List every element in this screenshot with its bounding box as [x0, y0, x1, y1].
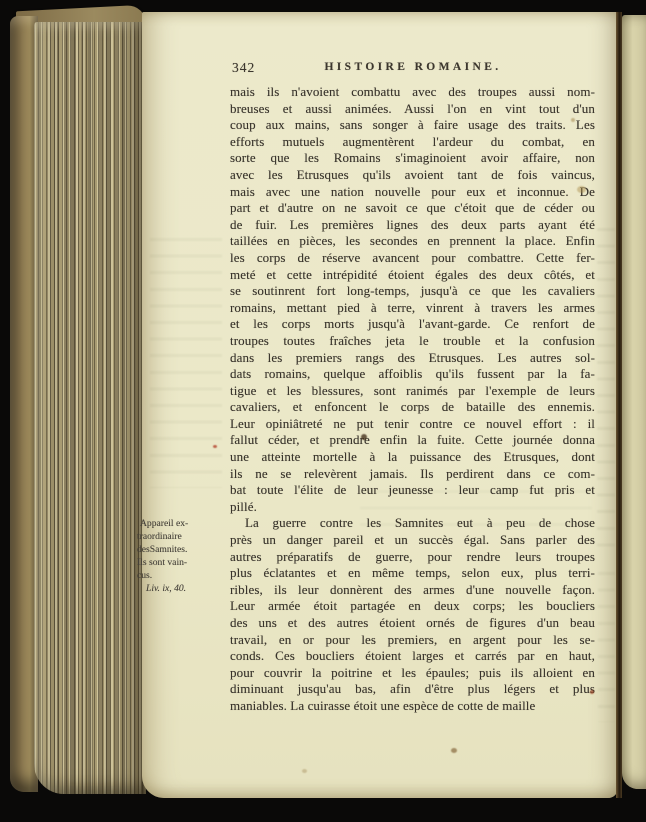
text-line: romains, mettant pied à terre, vinrent à…	[230, 300, 595, 317]
text-line: plus éclatantes et en même temps, selon …	[230, 565, 595, 582]
paragraph: La guerre contre les Samnites eut à peu …	[230, 515, 595, 714]
text-line: sorte que les Romains s'imaginoient avoi…	[230, 150, 595, 167]
text-line: près un danger pareil et un succès égal.…	[230, 532, 595, 549]
margin-note-line: traordinaire	[137, 531, 231, 544]
text-line: taillées en pièces, les secondes en pren…	[230, 233, 595, 250]
text-line: mais ils n'avoient combattu avec des tro…	[230, 84, 595, 101]
text-line: de fuir. Les premières lignes des deux p…	[230, 217, 595, 234]
page-stack-fore-edge	[34, 22, 146, 794]
margin-reference: Liv. ix, 40.	[137, 583, 231, 596]
text-line: se soutinrent fort long-temps, jusqu'à c…	[230, 283, 595, 300]
text-line: autres préparatifs de guerre, pour rendr…	[230, 549, 595, 566]
paragraph: mais ils n'avoient combattu avec des tro…	[230, 84, 595, 515]
text-line: pour couvrir la poitrine et les épaules;…	[230, 665, 595, 682]
text-line: cavaliers, et enfoncent le corps de bata…	[230, 399, 595, 416]
text-line: fallut céder, et prendre enfin la fuite.…	[230, 432, 595, 449]
text-line: dans les premiers rangs des Etrusques. L…	[230, 350, 595, 367]
text-line: troupes toutes fraîches jeta le trouble …	[230, 333, 595, 350]
text-line: ribles, ils leur donnèrent des armes d'u…	[230, 582, 595, 599]
text-line: et les corps morts jusqu'à l'avant-garde…	[230, 316, 595, 333]
text-line: pillé.	[230, 499, 595, 516]
text-line: breuses et aussi animées. Aussi l'on en …	[230, 101, 595, 118]
running-title: HISTOIRE ROMAINE.	[232, 61, 594, 73]
text-line: part et d'autre on ne savoit ce que c'ét…	[230, 200, 595, 217]
text-line: avec les Etrusques qu'ils avoient tant d…	[230, 167, 595, 184]
text-line: La guerre contre les Samnites eut à peu …	[230, 515, 595, 532]
text-line: diminuant jusqu'au bas, afin d'être plus…	[230, 681, 595, 698]
text-line: tigue et les blessures, sont ranimés par…	[230, 383, 595, 400]
margin-note-line: Ils sont vain-	[137, 557, 231, 570]
margin-note-line: Appareil ex-	[137, 518, 231, 531]
text-line: travail, en or pour les premiers, en arg…	[230, 632, 595, 649]
text-line: Leur opiniâtreté ne put tenir contre ce …	[230, 416, 595, 433]
text-line: les corps de réserve avancent pour comba…	[230, 250, 595, 267]
text-line: efforts mutuels augmentèrent l'ardeur du…	[230, 134, 595, 151]
text-line: ils ne se relevèrent jamais. Ils perdire…	[230, 466, 595, 483]
text-line: dats romains, quelque affoiblis qu'ils f…	[230, 366, 595, 383]
body-text: mais ils n'avoient combattu avec des tro…	[230, 84, 595, 715]
text-line: maniables. La cuirasse étoit une espèce …	[230, 698, 595, 715]
text-line: conds. Ces boucliers étoient larges et c…	[230, 648, 595, 665]
text-line: coup aux mains, sans songer à faire usag…	[230, 117, 595, 134]
facing-page-sliver	[622, 15, 646, 789]
text-line: une atteinte mortelle à la puissance des…	[230, 449, 595, 466]
text-line: meté et cette intrépidité étoient égales…	[230, 267, 595, 284]
text-line: bat toute l'élite de leur jeunesse : leu…	[230, 482, 595, 499]
text-line: Leur armée étoit partagée en deux corps;…	[230, 598, 595, 615]
text-line: mais avec une nation nouvelle pour eux e…	[230, 184, 595, 201]
text-line: des uns et des autres étoient ornés de f…	[230, 615, 595, 632]
margin-note-line: desSamnites.	[137, 544, 231, 557]
margin-note-line: cus.	[137, 570, 231, 583]
page-header: 342 HISTOIRE ROMAINE.	[232, 58, 594, 78]
margin-note: Appareil ex-traordinairedesSamnites.Ils …	[137, 518, 231, 595]
scanned-book-photo: 342 HISTOIRE ROMAINE. mais ils n'avoient…	[0, 0, 646, 822]
